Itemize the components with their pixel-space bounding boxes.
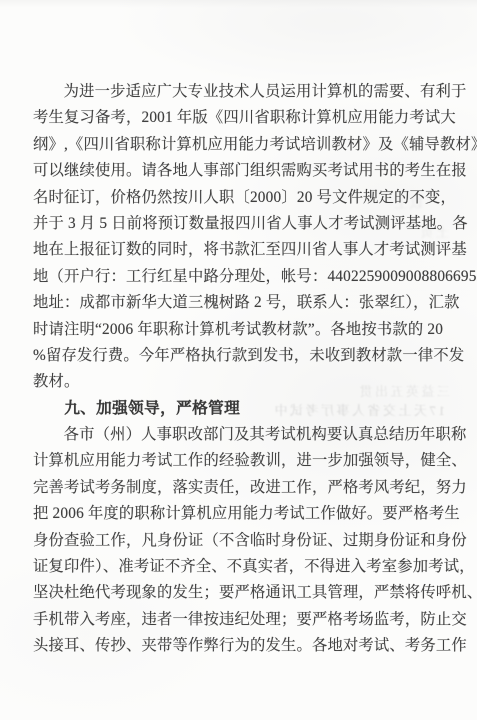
paragraph-textbook-ordering: 为进一步适应广大专业技术人员运用计算机的需要、有利于 考生复习备考，2001 年… <box>33 79 447 396</box>
text-line: 并于 3 月 5 日前将预订数量报四川省人事人才考试测评基地。各 <box>33 211 447 237</box>
text-line: 教材。 <box>33 369 447 395</box>
text-line: 时请注明“2006 年职称计算机考试教材款”。各地按书款的 20 <box>33 317 447 343</box>
text-line: 手机带入考座，违者一律按违纪处理；要严格考场监考，防止交 <box>33 607 447 633</box>
text-line: 地在上报征订数的同时，将书款汇至四川省人事人才考试测评基 <box>33 237 447 263</box>
text-line: 计算机应用能力考试工作的经验教训，进一步加强领导，健全、 <box>33 448 447 474</box>
text-line-bank-account: 地（开户行：工行红星中路分理处，帐号：4402259009008806695。 <box>33 264 447 290</box>
text-line: 各市（州）人事职改部门及其考试机构要认真总结历年职称 <box>33 422 447 448</box>
text-line: 考生复习备考，2001 年版《四川省职称计算机应用能力考试大 <box>33 105 447 131</box>
paragraph-exam-discipline: 各市（州）人事职改部门及其考试机构要认真总结历年职称 计算机应用能力考试工作的经… <box>33 422 447 660</box>
text-line: 完善考试考务制度，落实责任，改进工作，严格考风考纪，努力 <box>33 475 447 501</box>
text-line: 头接耳、传抄、夹带等作弊行为的发生。各地对考试、考务工作 <box>33 633 447 659</box>
section-heading-nine: 九、加强领导，严格管理 <box>33 396 447 422</box>
text-line: 纲》,《四川省职称计算机应用能力考试培训教材》及《辅导教材》 <box>33 132 447 158</box>
text-line: 身份查验工作，凡身份证（不含临时身份证、过期身份证和身份 <box>33 528 447 554</box>
text-line: 证复印件）、准考证不齐全、不真实者，不得进入考室参加考试， <box>33 554 447 580</box>
scanned-document-page: 为进一步适应广大专业技术人员运用计算机的需要、有利于 考生复习备考，2001 年… <box>0 0 477 720</box>
text-line: 把 2006 年度的职称计算机应用能力考试工作做好。要严格考生 <box>33 501 447 527</box>
text-line: %留存发行费。今年严格执行款到发书，未收到教材款一律不发 <box>33 343 447 369</box>
text-line: 坚决杜绝代考现象的发生；要严格通讯工具管理，严禁将传呼机、 <box>33 580 447 606</box>
text-line: 可以继续使用。请各地人事部门组织需购买考试用书的考生在报 <box>33 158 447 184</box>
text-line-address-contact: 地址：成都市新华大道三槐树路 2 号，联系人：张翠红），汇款 <box>33 290 447 316</box>
text-line: 为进一步适应广大专业技术人员运用计算机的需要、有利于 <box>33 79 447 105</box>
document-text-block: 为进一步适应广大专业技术人员运用计算机的需要、有利于 考生复习备考，2001 年… <box>33 79 447 660</box>
text-line: 名时征订，价格仍然按川人职〔2000〕20 号文件规定的不变， <box>33 185 447 211</box>
